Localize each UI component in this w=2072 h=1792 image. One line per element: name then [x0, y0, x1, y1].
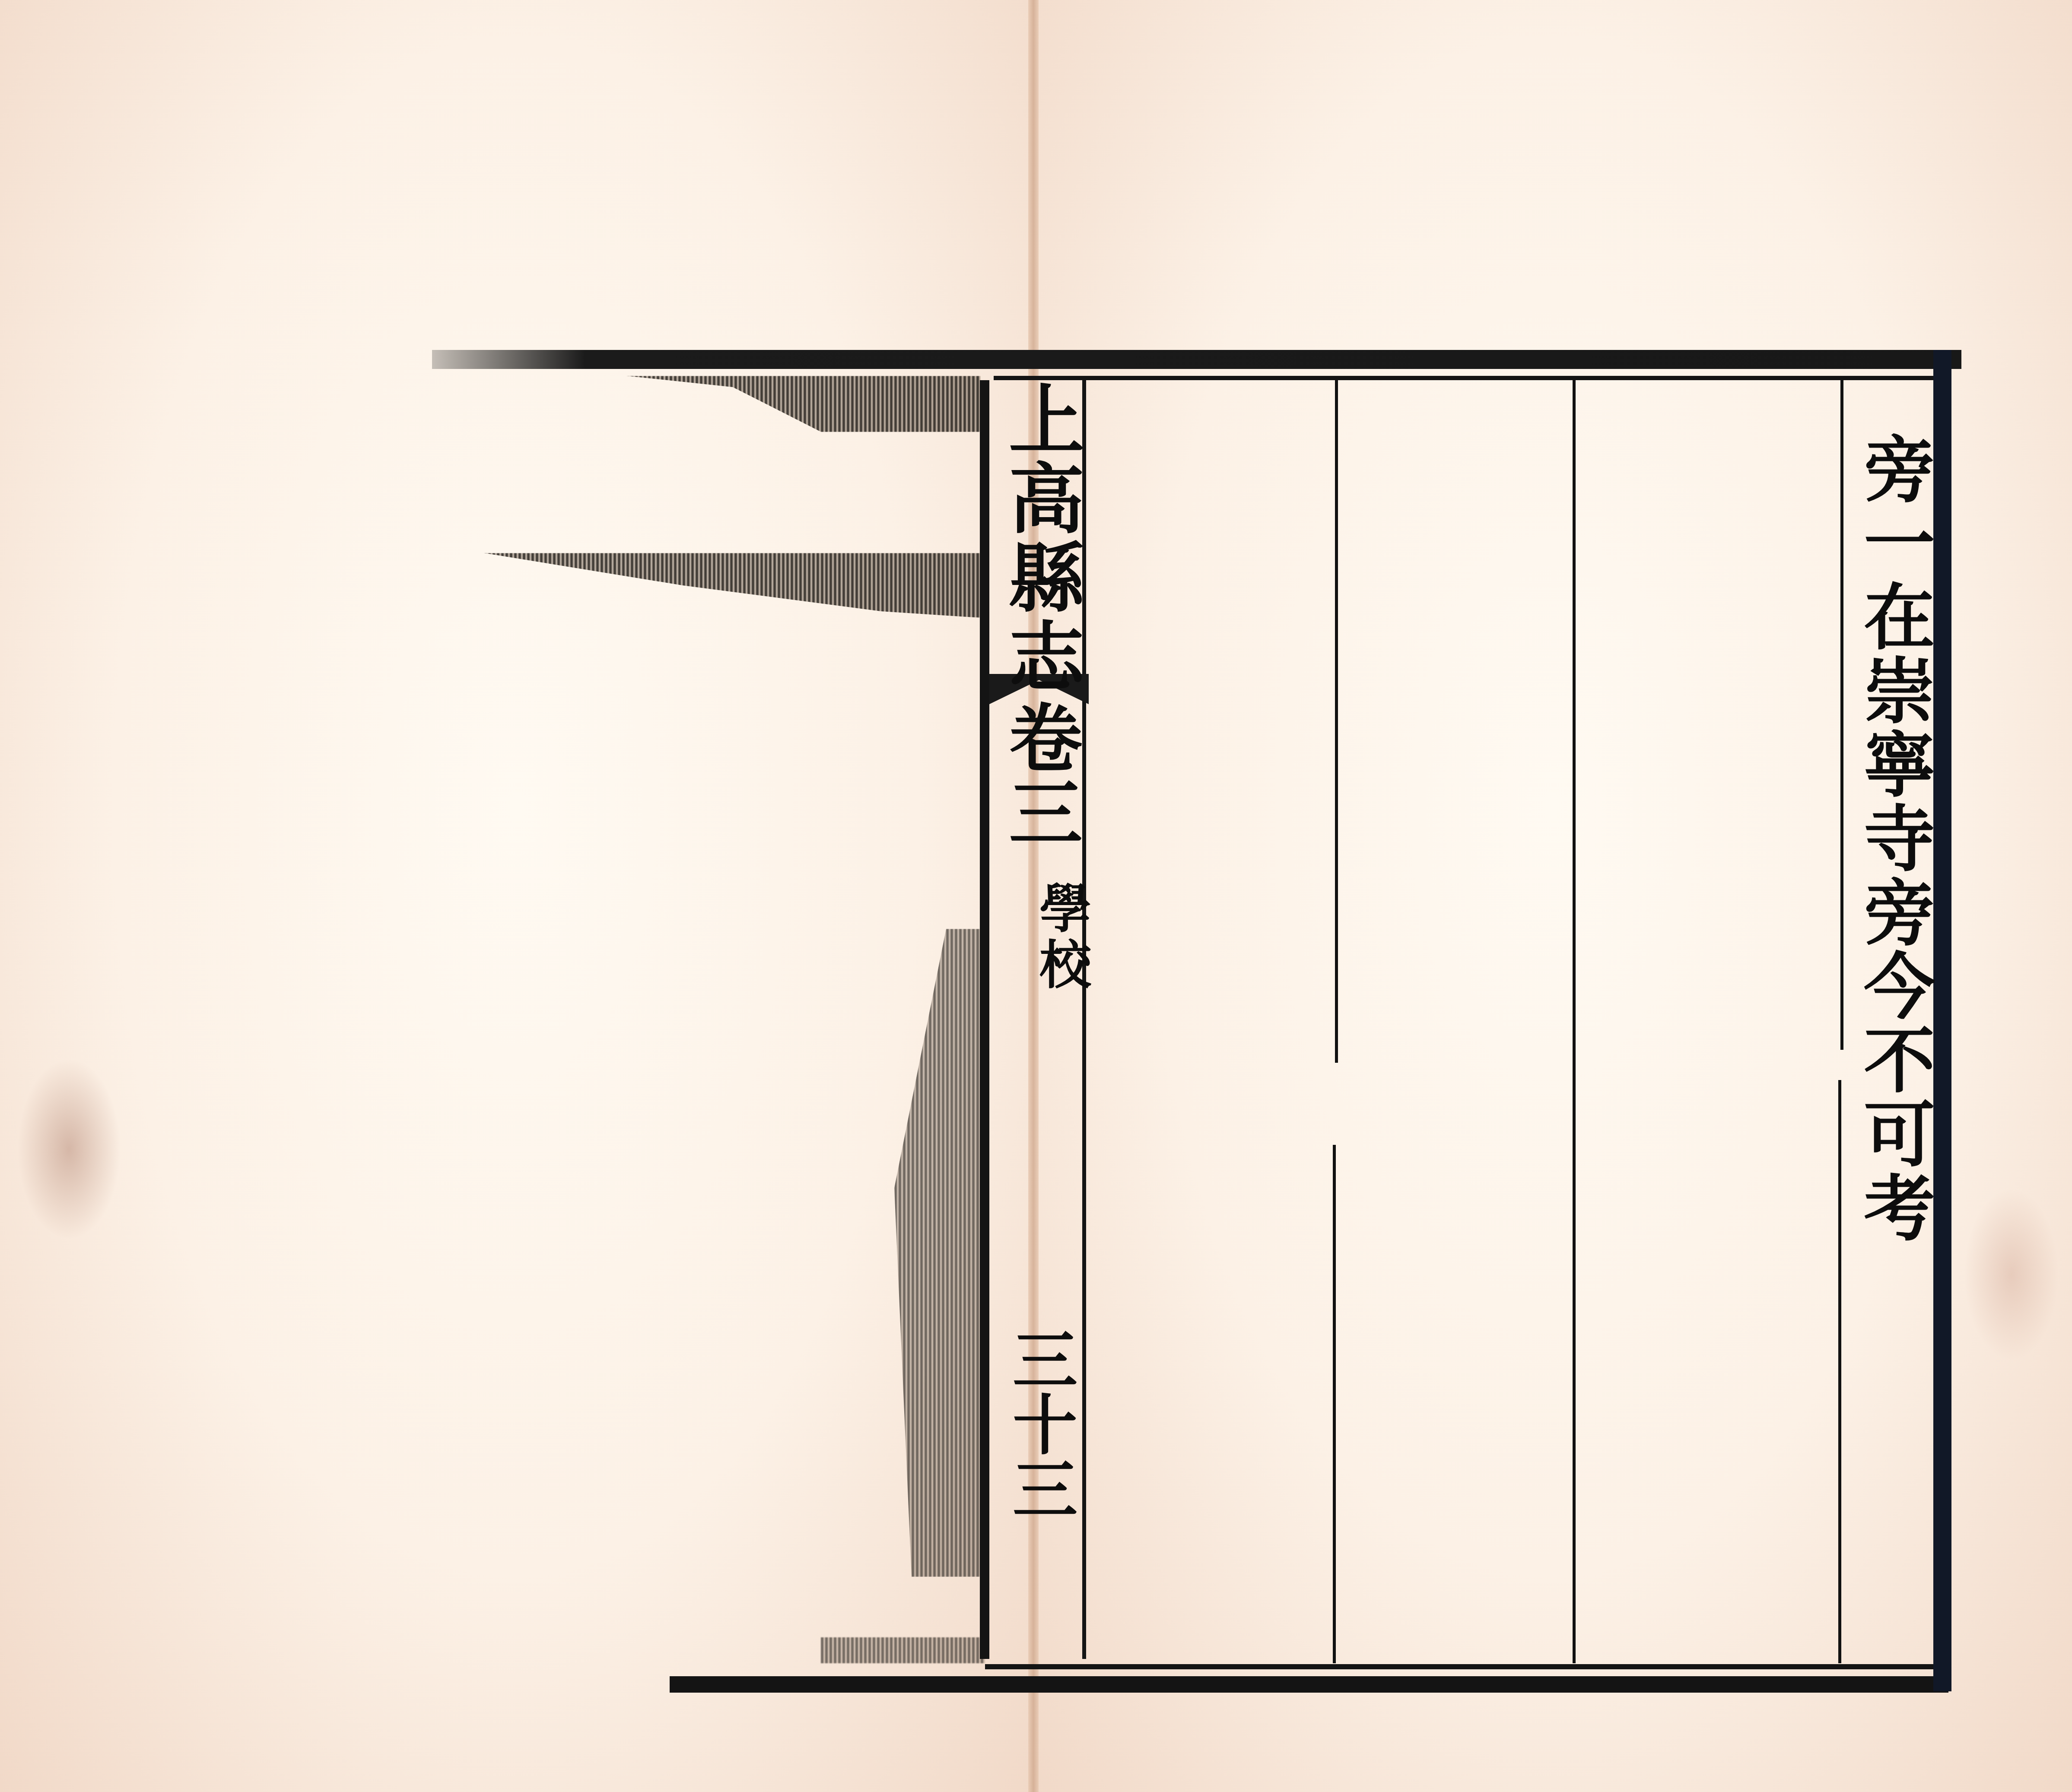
column-rule [1840, 380, 1843, 1050]
frame-top-inner-rule [994, 376, 1944, 380]
column-rule [1838, 1080, 1841, 1663]
leaf-number: 三十三 [1007, 1326, 1071, 1521]
ink-smudge-bottom [821, 1637, 985, 1663]
book-title: 上高縣志 [1002, 380, 1078, 696]
column-rule [1573, 380, 1576, 1663]
frame-bottom-inner-rule [985, 1664, 1935, 1669]
body-text-column: 旁一在崇寧寺旁今不可考 [1858, 432, 1929, 1245]
water-stain-right [1964, 1188, 2059, 1361]
column-rule [1335, 380, 1338, 1063]
volume-label: 卷三 [1002, 700, 1076, 850]
water-stain [17, 1058, 121, 1240]
book-spread: 上高縣志 卷三 學校 三十三 旁一在崇寧寺旁今不可考 [0, 0, 2072, 1792]
left-page [0, 0, 1033, 1792]
fold-column-left-rule [980, 380, 989, 1659]
frame-top-border [432, 350, 1961, 369]
frame-bottom-border [670, 1676, 1948, 1693]
frame-right-border [1933, 350, 1951, 1691]
section-label: 學校 [1035, 881, 1087, 994]
column-rule [1333, 1145, 1336, 1663]
